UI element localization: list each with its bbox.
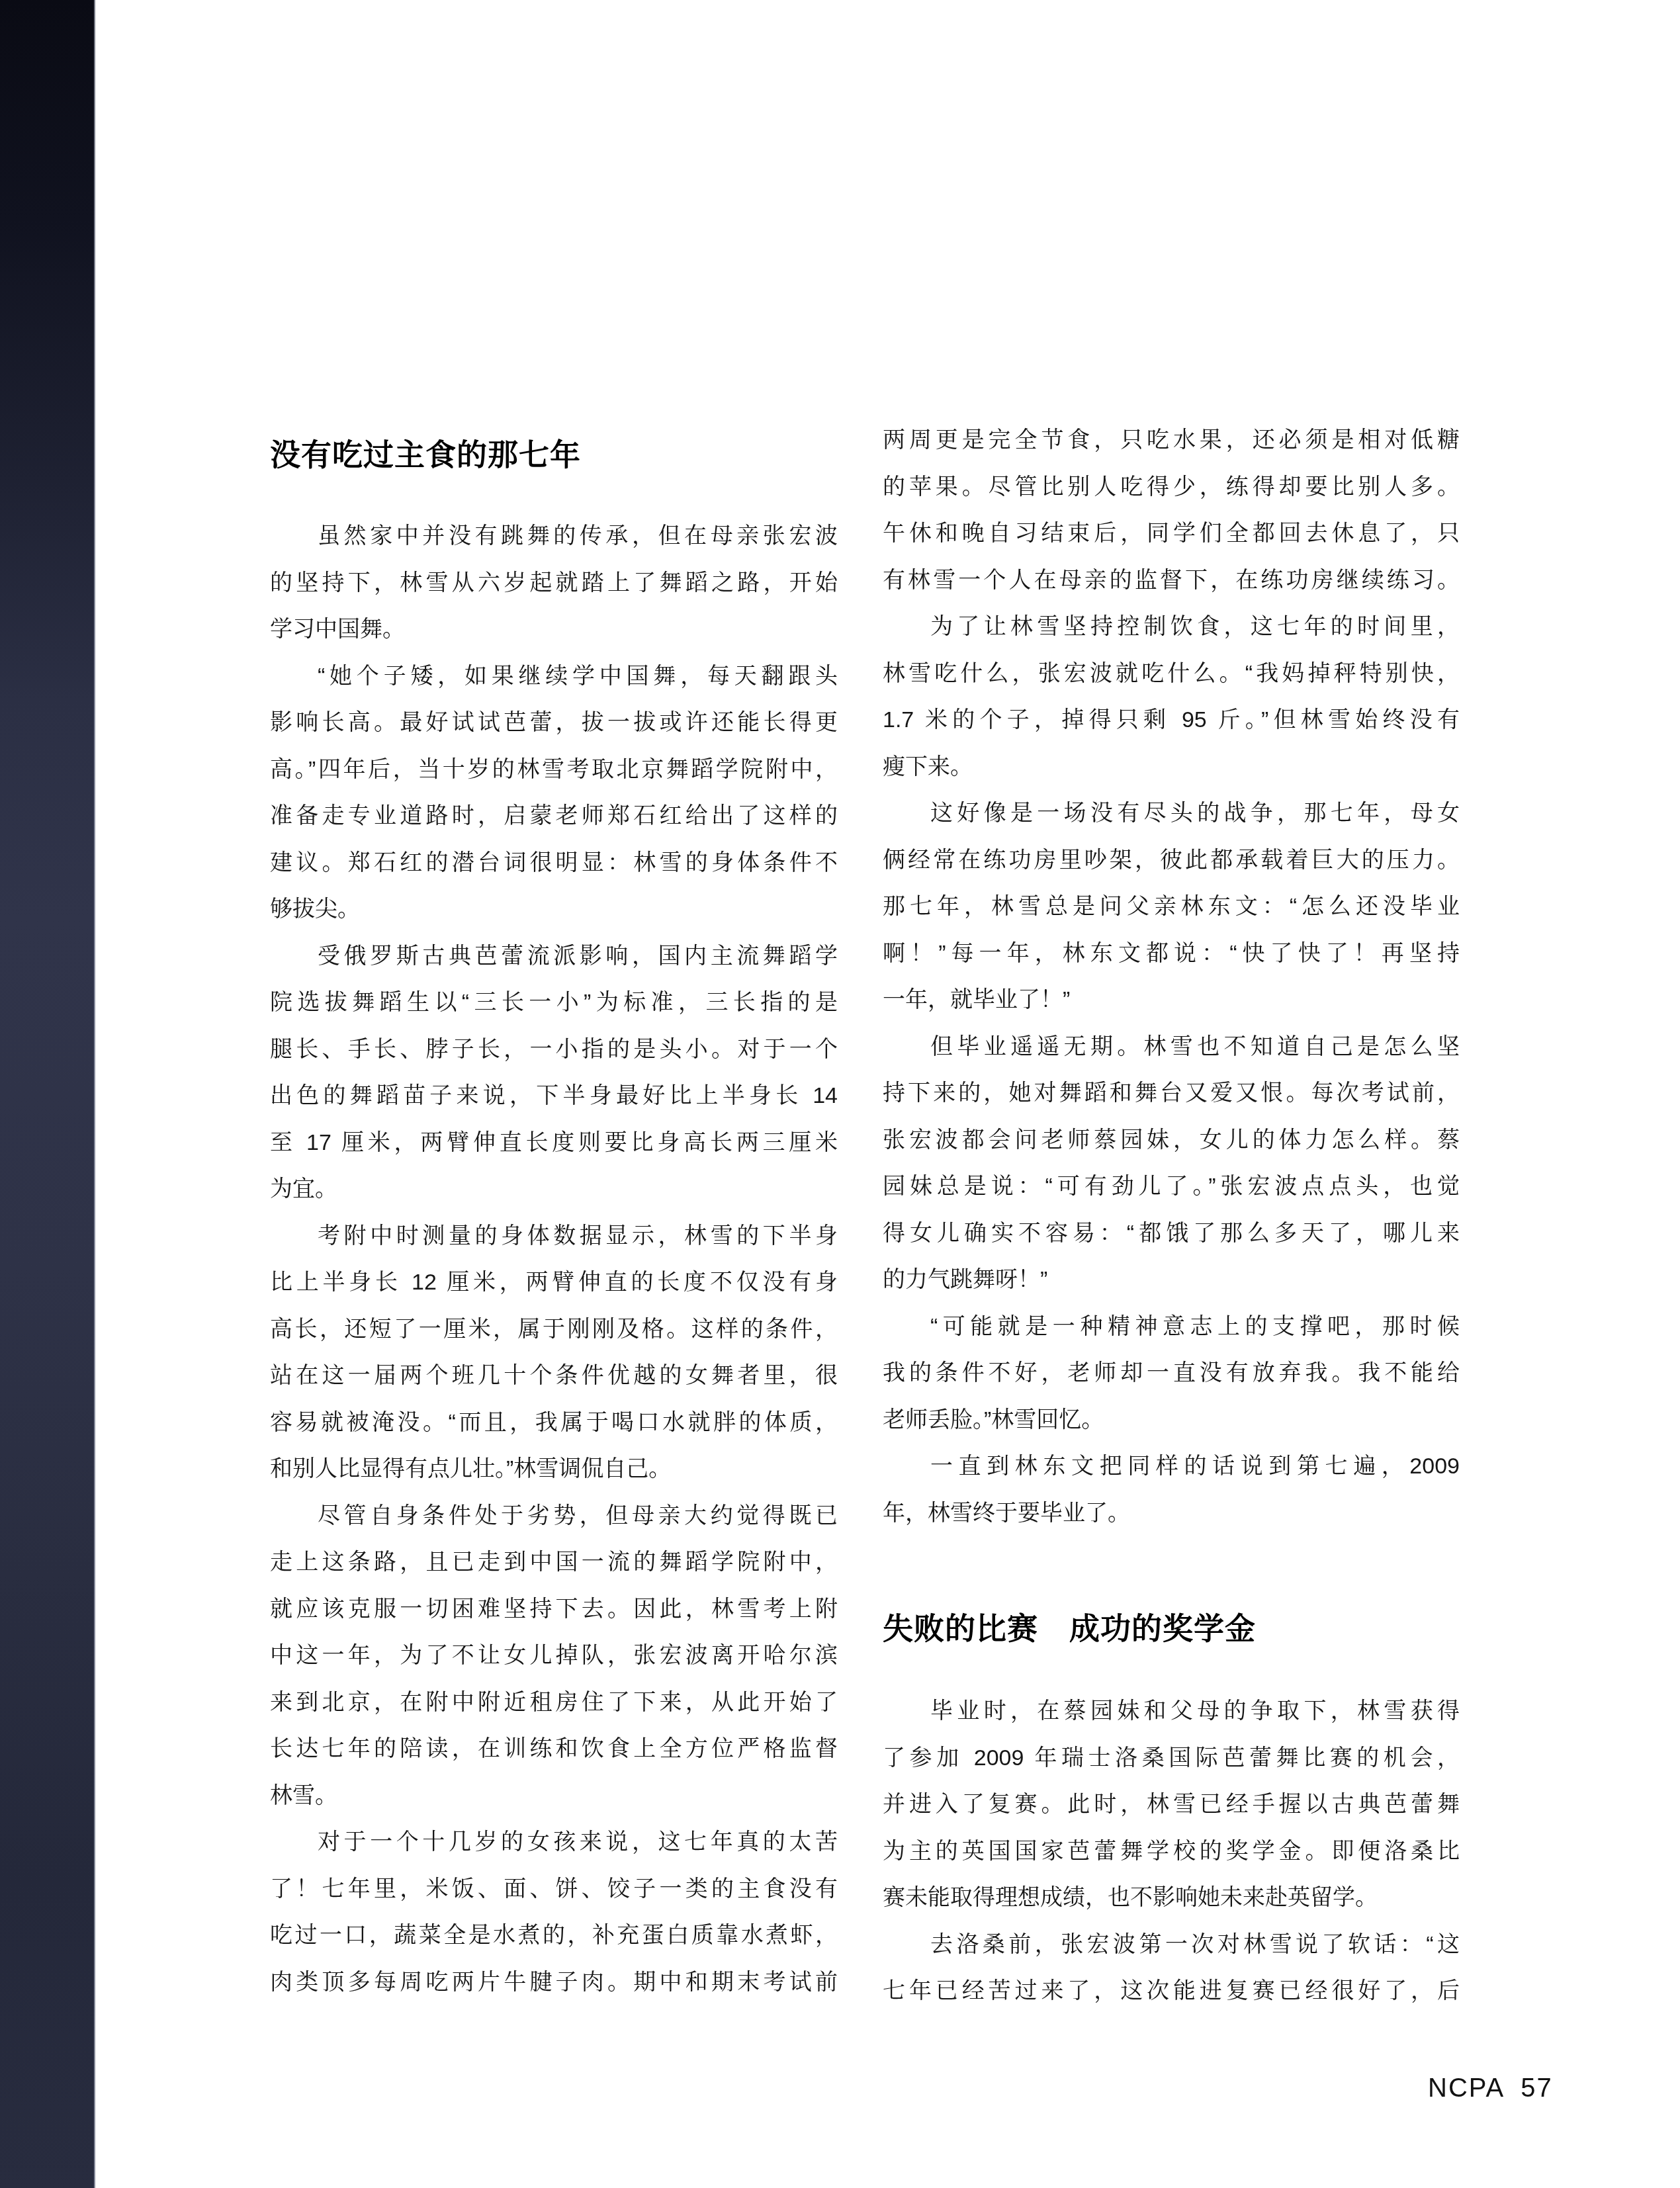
right-text-column-bottom: 毕业时，在蔡园妹和父母的争取下，林雪获得了参加 2009 年瑞士洛桑国际芭蕾舞比… (883, 1688, 1460, 2015)
text-line: 来到北京，在附中附近租房住了下来，从此开始了 (270, 1679, 838, 1726)
text-line: 园妹总是说：“可有劲儿了。”张宏波点点头，也觉 (883, 1163, 1460, 1210)
text-line: 院选拔舞蹈生以“三长一小”为标准，三长指的是 (270, 979, 838, 1026)
text-line: 去洛桑前，张宏波第一次对林雪说了软话：“这 (883, 1921, 1460, 1968)
text-line: 一直到林东文把同样的话说到第七遍，2009 (883, 1443, 1460, 1490)
text-line: 林雪吃什么，张宏波就吃什么。“我妈掉秤特别快， (883, 650, 1460, 697)
text-line: 为主的英国国家芭蕾舞学校的奖学金。即便洛桑比 (883, 1828, 1460, 1875)
text-line: 午休和晚自习结束后，同学们全都回去休息了，只 (883, 510, 1460, 557)
text-line: 并进入了复赛。此时，林雪已经手握以古典芭蕾舞 (883, 1781, 1460, 1828)
text-line: 出色的舞蹈苗子来说，下半身最好比上半身长 14 (270, 1072, 838, 1119)
text-line: 和别人比显得有点儿壮。”林雪调侃自己。 (270, 1446, 838, 1493)
text-line: 考附中时测量的身体数据显示，林雪的下半身 (270, 1213, 838, 1260)
text-line: 比上半身长 12 厘米，两臂伸直的长度不仅没有身 (270, 1259, 838, 1306)
text-line: 中这一年，为了不让女儿掉队，张宏波离开哈尔滨 (270, 1632, 838, 1679)
text-line: 林雪。 (270, 1772, 838, 1819)
text-line: 了参加 2009 年瑞士洛桑国际芭蕾舞比赛的机会， (883, 1735, 1460, 1782)
text-line: 七年已经苦过来了，这次能进复赛已经很好了，后 (883, 1968, 1460, 2015)
left-text-column: 虽然家中并没有跳舞的传承，但在母亲张宏波的坚持下，林雪从六岁起就踏上了舞蹈之路，… (270, 513, 838, 2005)
text-line: 影响长高。最好试试芭蕾，拔一拔或许还能长得更 (270, 699, 838, 746)
magazine-page: 没有吃过主食的那七年 虽然家中并没有跳舞的传承，但在母亲张宏波的坚持下，林雪从六… (0, 0, 1680, 2188)
text-line: 的坚持下，林雪从六岁起就踏上了舞蹈之路，开始 (270, 560, 838, 607)
text-line: 受俄罗斯古典芭蕾流派影响，国内主流舞蹈学 (270, 933, 838, 980)
text-line: 准备走专业道路时，启蒙老师郑石红给出了这样的 (270, 793, 838, 840)
right-text-column-top: 两周更是完全节食，只吃水果，还必须是相对低糖的苹果。尽管比别人吃得少，练得却要比… (883, 417, 1460, 1536)
text-line: 这好像是一场没有尽头的战争，那七年，母女 (883, 790, 1460, 837)
text-line: 张宏波都会问老师蔡园妹，女儿的体力怎么样。蔡 (883, 1117, 1460, 1164)
text-line: 1.7 米的个子，掉得只剩 95 斤。”但林雪始终没有 (883, 697, 1460, 744)
text-line: “她个子矮，如果继续学中国舞，每天翻跟头 (270, 653, 838, 700)
text-line: 瘦下来。 (883, 744, 1460, 791)
text-line: 虽然家中并没有跳舞的传承，但在母亲张宏波 (270, 513, 838, 560)
text-line: 高。”四年后，当十岁的林雪考取北京舞蹈学院附中， (270, 746, 838, 793)
text-line: 了！七年里，米饭、面、饼、饺子一类的主食没有 (270, 1866, 838, 1913)
text-line: 肉类顶多每周吃两片牛腱子肉。期中和期末考试前 (270, 1959, 838, 2006)
section-heading-left: 没有吃过主食的那七年 (270, 431, 581, 478)
section-heading-right: 失败的比赛 成功的奖学金 (883, 1605, 1256, 1651)
text-line: 吃过一口，蔬菜全是水煮的，补充蛋白质靠水煮虾， (270, 1912, 838, 1959)
text-line: 高长，还短了一厘米，属于刚刚及格。这样的条件， (270, 1306, 838, 1353)
text-line: 腿长、手长、脖子长，一小指的是头小。对于一个 (270, 1026, 838, 1073)
text-line: 老师丢脸。”林雪回忆。 (883, 1397, 1460, 1444)
text-line: 尽管自身条件处于劣势，但母亲大约觉得既已 (270, 1493, 838, 1540)
text-line: “可能就是一种精神意志上的支撑吧，那时候 (883, 1303, 1460, 1350)
text-line: 就应该克服一切困难坚持下去。因此，林雪考上附 (270, 1586, 838, 1633)
text-line: 容易就被淹没。“而且，我属于喝口水就胖的体质， (270, 1399, 838, 1446)
text-line: 得女儿确实不容易：“都饿了那么多天了，哪儿来 (883, 1210, 1460, 1257)
text-line: 的力气跳舞呀！” (883, 1256, 1460, 1303)
text-line: 至 17 厘米，两臂伸直长度则要比身高长两三厘米 (270, 1119, 838, 1166)
text-line: 学习中国舞。 (270, 606, 838, 653)
text-line: 一年，就毕业了！” (883, 977, 1460, 1024)
text-line: 站在这一届两个班几十个条件优越的女舞者里，很 (270, 1352, 838, 1399)
text-line: 持下来的，她对舞蹈和舞台又爱又恨。每次考试前， (883, 1070, 1460, 1117)
text-line: 毕业时，在蔡园妹和父母的争取下，林雪获得 (883, 1688, 1460, 1735)
text-line: 为宜。 (270, 1166, 838, 1213)
text-line: 长达七年的陪读，在训练和饮食上全方位严格监督 (270, 1726, 838, 1772)
text-line: 赛未能取得理想成绩，也不影响她未来赴英留学。 (883, 1874, 1460, 1921)
text-line: 啊！”每一年，林东文都说：“快了快了！再坚持 (883, 930, 1460, 977)
text-line: 我的条件不好，老师却一直没有放弃我。我不能给 (883, 1350, 1460, 1397)
text-line: 年，林雪终于要毕业了。 (883, 1490, 1460, 1537)
text-line: 那七年，林雪总是问父亲林东文：“怎么还没毕业 (883, 883, 1460, 930)
text-line: 俩经常在练功房里吵架，彼此都承载着巨大的压力。 (883, 837, 1460, 884)
text-line: 的苹果。尽管比别人吃得少，练得却要比别人多。 (883, 464, 1460, 511)
text-line: 走上这条路，且已走到中国一流的舞蹈学院附中， (270, 1539, 838, 1586)
page-number-footer: NCPA 57 (1428, 2074, 1553, 2103)
text-line: 有林雪一个人在母亲的监督下，在练功房继续练习。 (883, 557, 1460, 604)
text-line: 两周更是完全节食，只吃水果，还必须是相对低糖 (883, 417, 1460, 464)
text-line: 但毕业遥遥无期。林雪也不知道自己是怎么坚 (883, 1024, 1460, 1071)
text-line: 对于一个十几岁的女孩来说，这七年真的太苦 (270, 1819, 838, 1866)
text-line: 为了让林雪坚持控制饮食，这七年的时间里， (883, 603, 1460, 650)
text-line: 建议。郑石红的潜台词很明显：林雪的身体条件不 (270, 840, 838, 887)
text-line: 够拔尖。 (270, 886, 838, 933)
page-edge-gradient-strip (0, 0, 95, 2188)
